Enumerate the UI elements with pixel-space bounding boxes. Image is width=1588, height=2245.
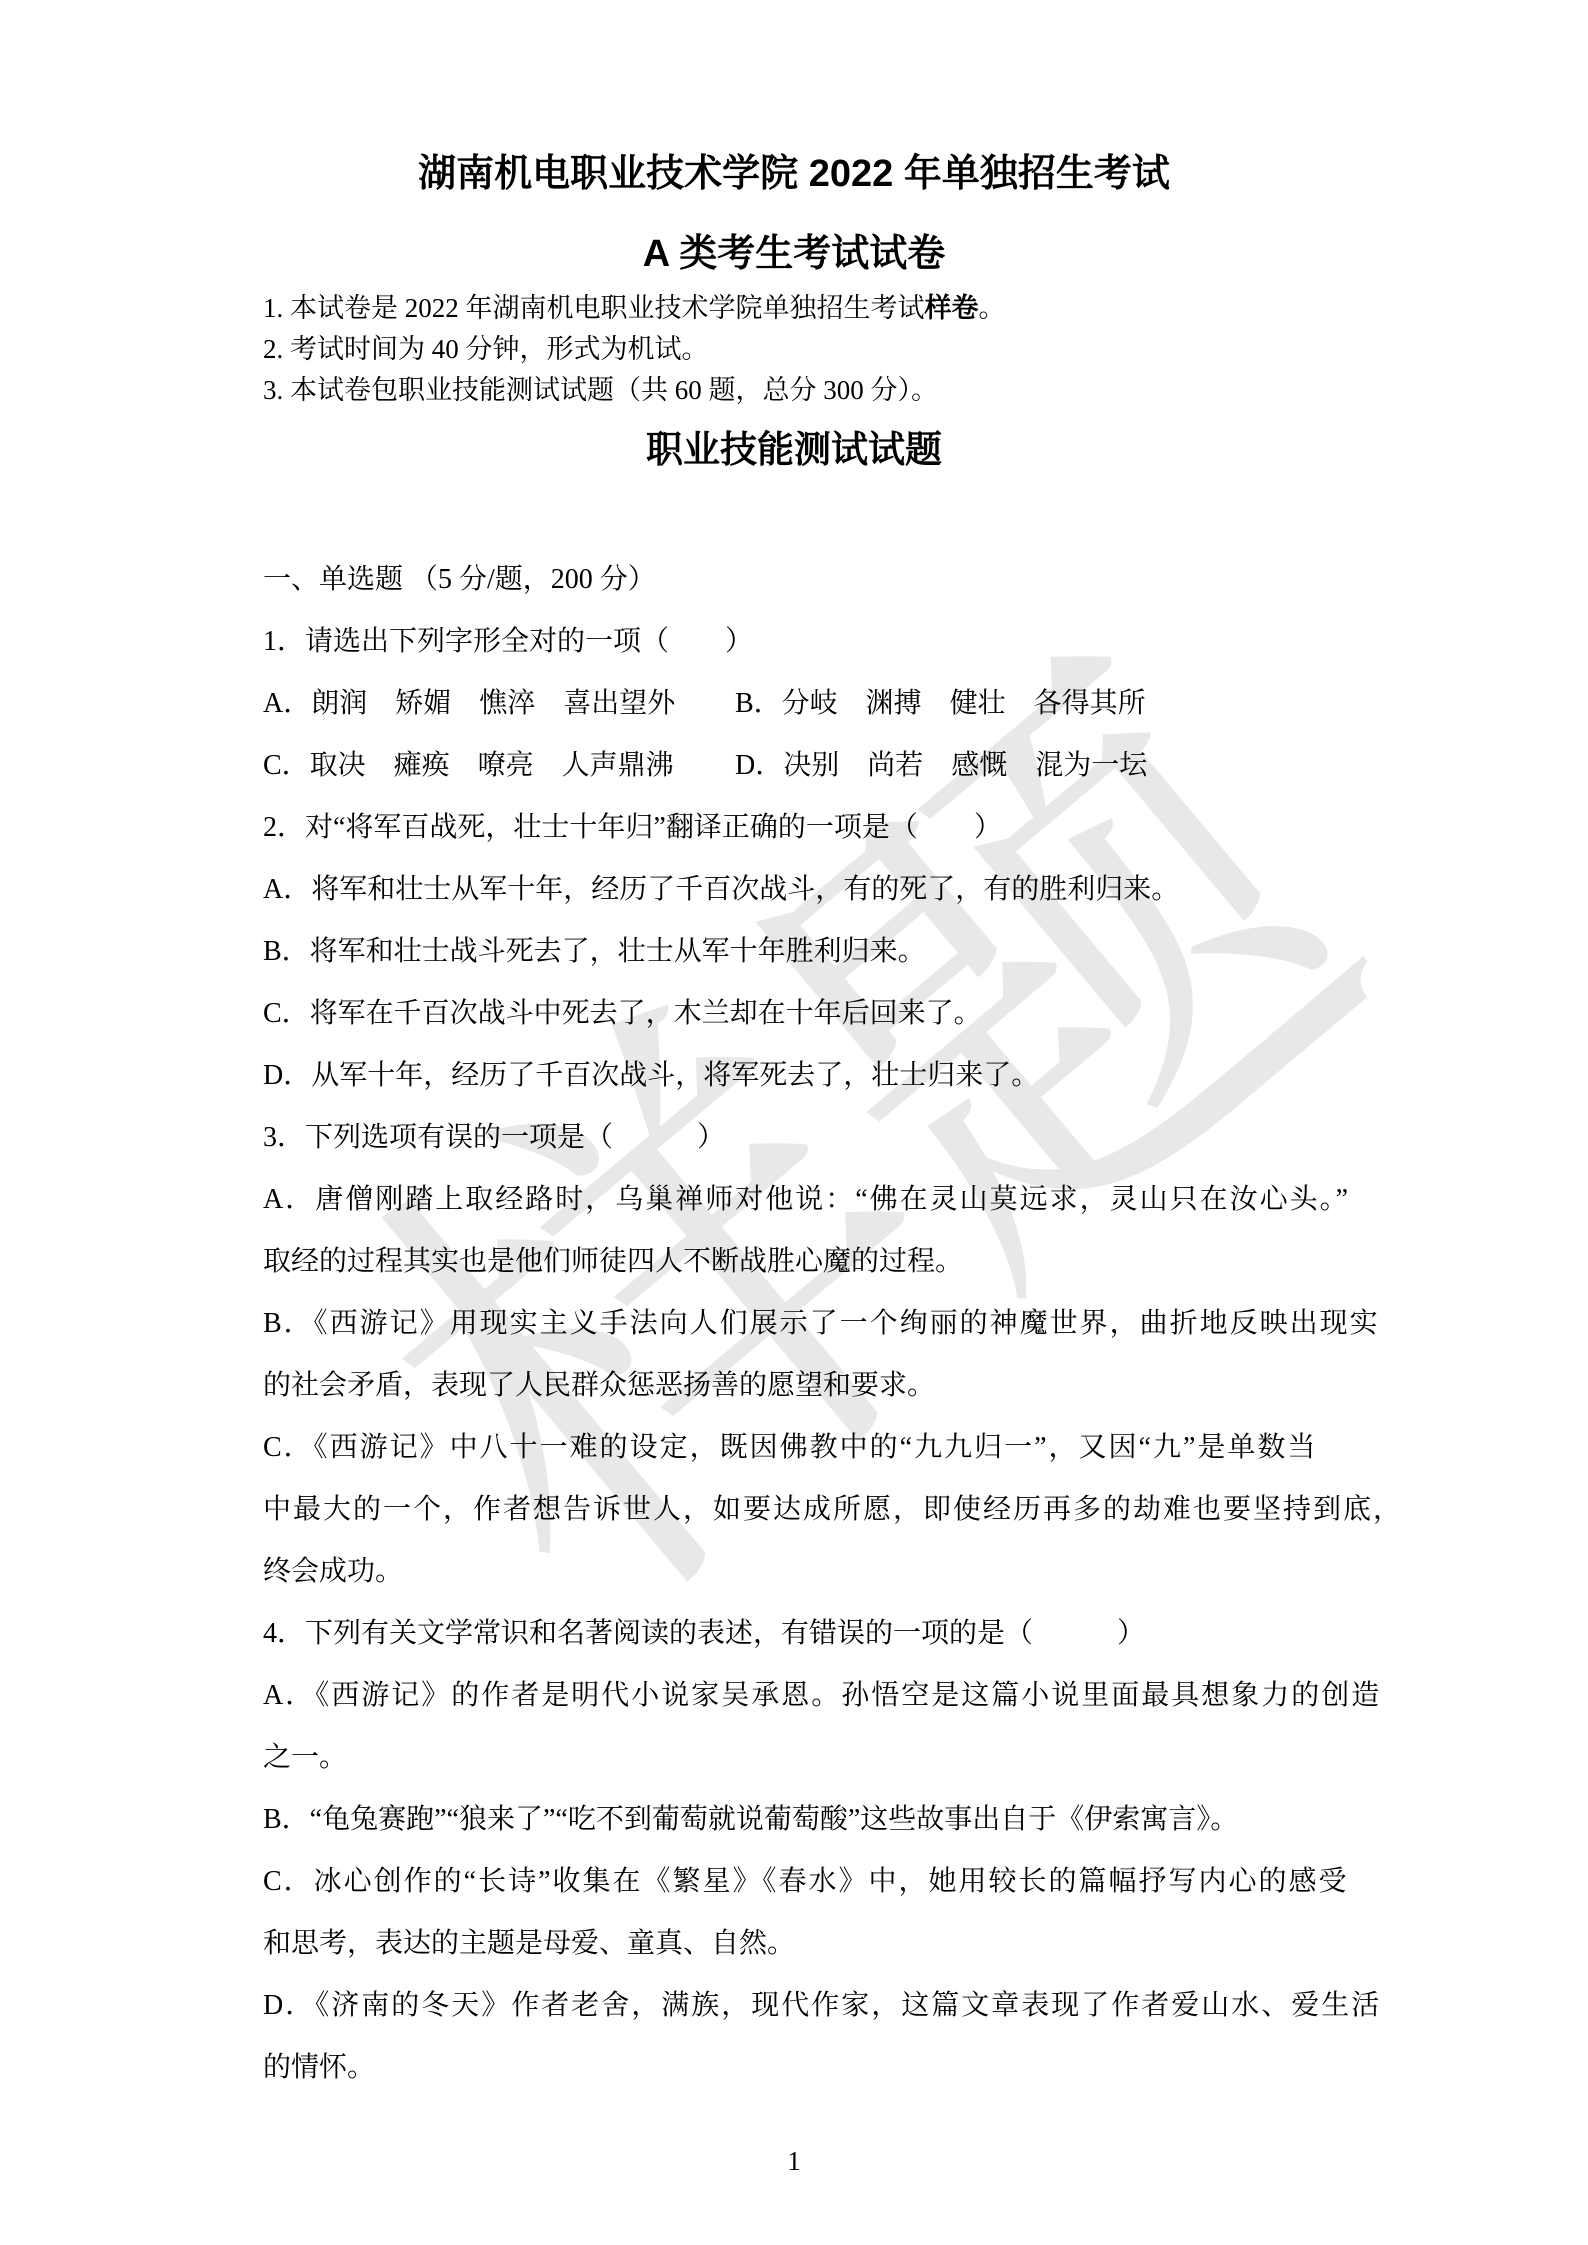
section-heading: 职业技能测试试题 xyxy=(0,419,1588,473)
q4-option-a-line1: A．《西游记》的作者是明代小说家吴承恩。孙悟空是这篇小说里面最具想象力的创造 xyxy=(263,1665,1410,1727)
section-title: 一、单选题 （5 分/题，200 分） xyxy=(263,549,1410,611)
q4-option-c-line1: C．冰心创作的“长诗”收集在《繁星》《春水》中，她用较长的篇幅抒写内心的感受 xyxy=(263,1851,1410,1913)
q3-option-b-line1: B．《西游记》用现实主义手法向人们展示了一个绚丽的神魔世界，曲折地反映出现实 xyxy=(263,1293,1410,1355)
q2-option-b: B．将军和壮士战斗死去了，壮士从军十年胜利归来。 xyxy=(263,921,1410,983)
q2-option-c: C．将军在千百次战斗中死去了，木兰却在十年后回来了。 xyxy=(263,983,1410,1045)
q1-stem: 1．请选出下列字形全对的一项（ ） xyxy=(263,611,1410,673)
q1-options-row-cd: C．取决 瘫痪 嘹亮 人声鼎沸D．决别 尚若 感慨 混为一坛 xyxy=(263,735,1410,797)
q4-option-d-line2: 的情怀。 xyxy=(263,2037,1410,2099)
q1-option-a: A．朗润 矫媚 憔淬 喜出望外 xyxy=(263,673,675,735)
note-1-bold-term: 样卷 xyxy=(925,293,979,323)
q4-stem: 4．下列有关文学常识和名著阅读的表述，有错误的一项的是（ ） xyxy=(263,1603,1410,1665)
q1-options-row-ab: A．朗润 矫媚 憔淬 喜出望外B．分岐 渊搏 健壮 各得其所 xyxy=(263,673,1410,735)
page-title: 湖南机电职业技术学院 2022 年单独招生考试 xyxy=(0,142,1588,197)
exam-notes: 1. 本试卷是 2022 年湖南机电职业技术学院单独招生考试样卷。 2. 考试时… xyxy=(263,288,1423,411)
q3-option-a-line1: A．唐僧刚踏上取经路时，乌巢禅师对他说：“佛在灵山莫远求，灵山只在汝心头。” xyxy=(263,1169,1410,1231)
q2-option-a: A．将军和壮士从军十年，经历了千百次战斗，有的死了，有的胜利归来。 xyxy=(263,859,1410,921)
q2-option-d: D．从军十年，经历了千百次战斗，将军死去了，壮士归来了。 xyxy=(263,1045,1410,1107)
q3-option-b-line2: 的社会矛盾，表现了人民群众惩恶扬善的愿望和要求。 xyxy=(263,1355,1410,1417)
q3-option-c-line1: C．《西游记》中八十一难的设定，既因佛教中的“九九归一”，又因“九”是单数当 xyxy=(263,1417,1410,1479)
q1-option-c: C．取决 瘫痪 嘹亮 人声鼎沸 xyxy=(263,735,674,797)
q1-option-d: D．决别 尚若 感慨 混为一坛 xyxy=(735,735,1147,797)
exam-paper-page: 样题 湖南机电职业技术学院 2022 年单独招生考试 A 类考生考试试卷 1. … xyxy=(0,0,1588,2245)
note-3: 3. 本试卷包职业技能测试试题（共 60 题，总分 300 分）。 xyxy=(263,370,1423,411)
q4-option-a-line2: 之一。 xyxy=(263,1727,1410,1789)
page-number: 1 xyxy=(0,2146,1588,2177)
note-1-period: 。 xyxy=(979,293,1006,323)
q1-option-b: B．分岐 渊搏 健壮 各得其所 xyxy=(735,673,1146,735)
note-1-text: 1. 本试卷是 2022 年湖南机电职业技术学院单独招生考试 xyxy=(263,293,925,323)
q4-option-c-line2: 和思考，表达的主题是母爱、童真、自然。 xyxy=(263,1913,1410,1975)
q3-option-c-line3: 终会成功。 xyxy=(263,1541,1410,1603)
note-2: 2. 考试时间为 40 分钟，形式为机试。 xyxy=(263,329,1423,370)
q4-option-d-line1: D．《济南的冬天》作者老舍，满族，现代作家，这篇文章表现了作者爱山水、爱生活 xyxy=(263,1975,1410,2037)
q3-stem: 3．下列选项有误的一项是（ ） xyxy=(263,1107,1410,1169)
exam-body: 一、单选题 （5 分/题，200 分） 1．请选出下列字形全对的一项（ ） A．… xyxy=(263,549,1410,2099)
q4-option-b: B．“龟兔赛跑”“狼来了”“吃不到葡萄就说葡萄酸”这些故事出自于《伊索寓言》。 xyxy=(263,1789,1410,1851)
page-subtitle: A 类考生考试试卷 xyxy=(0,222,1588,277)
q3-option-a-line2: 取经的过程其实也是他们师徒四人不断战胜心魔的过程。 xyxy=(263,1231,1410,1293)
q2-stem: 2．对“将军百战死，壮士十年归”翻译正确的一项是（ ） xyxy=(263,797,1410,859)
q3-option-c-line2: 中最大的一个，作者想告诉世人，如要达成所愿，即使经历再多的劫难也要坚持到底， xyxy=(263,1479,1410,1541)
note-1: 1. 本试卷是 2022 年湖南机电职业技术学院单独招生考试样卷。 xyxy=(263,288,1423,329)
